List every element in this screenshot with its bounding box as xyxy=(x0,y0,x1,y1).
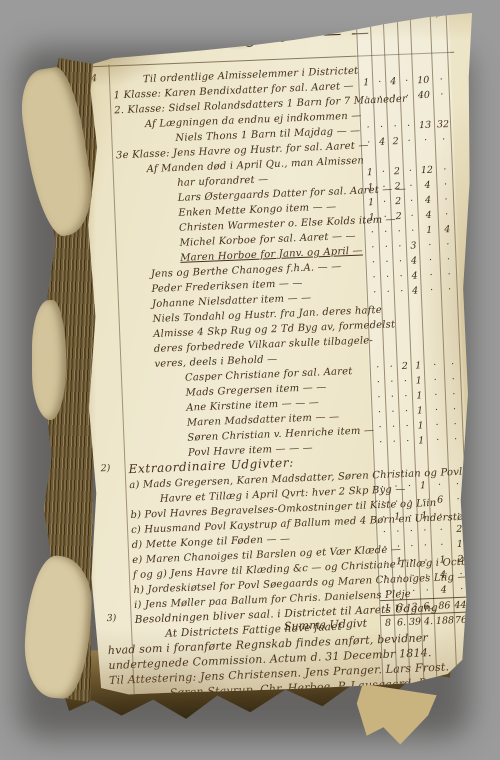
amount-cell: 6. xyxy=(421,598,435,614)
amount-cell: · xyxy=(404,178,418,194)
photo-background: Udgivt — — — Rug Byg Penge TdSkTdSkRdß xyxy=(0,0,500,760)
amount-cell xyxy=(444,349,460,350)
amount-cell: 1 xyxy=(363,165,378,181)
amount-cell: · xyxy=(379,224,393,240)
amount-cell: 1 xyxy=(413,388,427,404)
amount-cell: · xyxy=(366,255,381,271)
amount-cell xyxy=(362,157,376,158)
amount-cell: 4 xyxy=(418,192,439,208)
amount-cell: · xyxy=(430,507,451,523)
amount-cell: 12 xyxy=(417,162,438,178)
amount-cell: · xyxy=(402,479,417,495)
amount-cell: · xyxy=(390,494,404,510)
amount-cell: · xyxy=(432,537,453,553)
ledger-page: Udgivt — — — Rug Byg Penge TdSkTdSkRdß xyxy=(68,6,472,712)
amount-cell: 4. xyxy=(422,613,436,629)
amount-cell xyxy=(424,350,444,351)
amount-cell: · xyxy=(366,240,381,256)
amount-cell: 1 xyxy=(412,373,426,389)
amount-cell: 6. xyxy=(394,600,408,616)
amount-cell xyxy=(416,471,429,472)
subunit-label: Sk xyxy=(371,12,384,21)
amount-cell xyxy=(376,157,389,158)
amount-cell: 4 xyxy=(375,134,389,150)
amount-cell: · xyxy=(440,252,457,268)
amount-cell: 1 xyxy=(417,508,431,524)
amount-cell xyxy=(415,110,435,111)
amount-cell: · xyxy=(378,194,392,210)
amount-cell xyxy=(411,336,424,337)
amount-cell: · xyxy=(392,224,407,240)
amount-cell xyxy=(409,306,422,307)
amount-cell: · xyxy=(437,162,454,178)
amount-cell: · xyxy=(399,404,414,420)
amount-cell: · xyxy=(404,163,418,179)
page-content: Udgivt — — — Rug Byg Penge TdSkTdSkRdß xyxy=(81,23,478,713)
amount-cell xyxy=(423,320,443,321)
amount-cell: · xyxy=(447,432,464,448)
amount-cell: 3 xyxy=(407,599,422,615)
amount-cell xyxy=(413,65,433,66)
amount-cell xyxy=(375,472,389,473)
amount-cell xyxy=(361,112,375,113)
amount-cell: · xyxy=(387,419,401,435)
amount-cell: · xyxy=(447,417,464,433)
amount-cell: · xyxy=(365,225,380,241)
amount-cell: · xyxy=(405,193,419,209)
amount-cell xyxy=(388,111,402,112)
amount-cell: · xyxy=(381,284,395,300)
amount-cell: · xyxy=(419,553,433,569)
amount-cell: 4 xyxy=(408,283,422,299)
amount-cell: 4 xyxy=(386,74,401,90)
amount-cell: · xyxy=(441,267,458,283)
amount-cell: · xyxy=(437,177,454,193)
amount-cell: · xyxy=(406,223,420,239)
amount-cell xyxy=(410,321,423,322)
amount-cell: 4 xyxy=(418,207,439,223)
amount-cell: · xyxy=(404,524,419,540)
amount-cell: · xyxy=(406,568,421,584)
amount-cell: · xyxy=(431,522,452,538)
amount-cell: 1 xyxy=(364,210,379,226)
amount-cell: · xyxy=(381,269,395,285)
amount-cell: 1 xyxy=(419,222,440,238)
amount-cell xyxy=(386,66,400,67)
amount-cell: · xyxy=(405,553,420,569)
amount-cell: · xyxy=(380,239,394,255)
column-header-penge: Penge xyxy=(410,0,446,10)
amount-cell: · xyxy=(444,357,461,373)
amount-cell: 6 xyxy=(430,492,451,508)
amount-cell: · xyxy=(373,74,387,90)
amount-cell: · xyxy=(384,359,398,375)
amount-cell xyxy=(375,112,388,113)
amount-cell: · xyxy=(393,569,407,585)
amount-cell: · xyxy=(403,509,418,525)
amount-cell: · xyxy=(424,357,445,373)
amount-cell xyxy=(448,454,464,455)
amount-cell: · xyxy=(371,375,386,391)
page-title: Udgivt — — — xyxy=(214,22,371,49)
amount-cell xyxy=(384,337,397,338)
amount-cell: · xyxy=(406,583,421,599)
amount-cell: 40 xyxy=(414,88,435,104)
amount-cell: 1 xyxy=(364,195,379,211)
amount-cell: · xyxy=(372,405,387,421)
amount-cell: · xyxy=(367,270,382,286)
amount-cell: · xyxy=(434,87,451,103)
amount-cell xyxy=(424,335,444,336)
amount-cell: · xyxy=(438,192,455,208)
amount-cell xyxy=(373,67,386,68)
amount-cell: · xyxy=(376,510,391,526)
amount-cell: · xyxy=(427,417,448,433)
amount-cell xyxy=(388,457,401,458)
amount-cell xyxy=(403,156,416,157)
amount-cell: 1 xyxy=(390,509,404,525)
amount-cell: · xyxy=(446,402,463,418)
amount-cell xyxy=(397,351,411,352)
amount-cell: · xyxy=(400,419,415,435)
amount-cell: · xyxy=(420,252,441,268)
amount-cell: · xyxy=(379,570,394,586)
amount-cell xyxy=(374,457,388,458)
amount-cell: · xyxy=(378,540,393,556)
amount-cell: · xyxy=(438,207,455,223)
amount-cell xyxy=(383,322,396,323)
amount-cell: 2 xyxy=(390,179,405,195)
amount-cell: · xyxy=(394,284,409,300)
amount-cell: · xyxy=(389,479,403,495)
amount-cell: 1 xyxy=(363,180,378,196)
amount-cell xyxy=(444,334,460,335)
amount-cell xyxy=(369,322,383,323)
amount-cell: · xyxy=(380,585,395,601)
amount-cell: · xyxy=(429,477,450,493)
amount-cell: · xyxy=(376,495,391,511)
amount-cell: 39 xyxy=(408,614,423,630)
amount-cell: · xyxy=(426,402,447,418)
amount-cell xyxy=(411,351,424,352)
subunit-label: Td xyxy=(384,12,398,21)
amount-cell xyxy=(436,154,452,155)
amount-cell: · xyxy=(377,179,391,195)
amount-cell: · xyxy=(402,133,416,149)
amount-cell xyxy=(402,111,415,112)
amount-cell: · xyxy=(419,538,433,554)
amount-cell: · xyxy=(421,282,442,298)
amount-cell: 2 xyxy=(388,134,403,150)
amount-cell: · xyxy=(417,493,431,509)
amount-cell: · xyxy=(427,432,448,448)
amount-cell: · xyxy=(441,282,458,298)
amount-cell: 1 xyxy=(380,600,395,616)
subunit-label: ß xyxy=(430,10,446,19)
amount-cell: · xyxy=(370,360,385,376)
amount-cell: 2 xyxy=(397,359,412,375)
amount-cell: · xyxy=(394,269,409,285)
amount-cell: 4 xyxy=(439,222,456,238)
amount-cell: · xyxy=(375,480,390,496)
amount-cell xyxy=(382,307,395,308)
amount-cell: · xyxy=(377,164,391,180)
amount-cell: · xyxy=(402,118,416,134)
amount-cell: · xyxy=(374,89,388,105)
amount-cell xyxy=(416,155,436,156)
amount-cell: · xyxy=(387,434,401,450)
amount-cell: 4 xyxy=(417,177,438,193)
subunit-label: Td xyxy=(357,13,371,22)
amount-cell xyxy=(434,109,450,110)
amount-cell: 1 xyxy=(414,418,428,434)
amount-cell: 4 xyxy=(433,567,454,583)
amount-cell: · xyxy=(373,435,388,451)
amount-cell: · xyxy=(425,372,446,388)
amount-cell: · xyxy=(391,524,405,540)
amount-cell: · xyxy=(400,73,414,89)
amount-cell xyxy=(400,66,413,67)
amount-cell xyxy=(368,307,382,308)
amount-cell: · xyxy=(373,420,388,436)
column-subunit-headers: TdSkTdSkRdß xyxy=(357,10,447,22)
amount-cell: · xyxy=(420,237,441,253)
amount-cell: · xyxy=(418,523,432,539)
amount-cell xyxy=(442,304,458,305)
amount-cell: 86 xyxy=(434,598,455,614)
amount-cell xyxy=(384,352,397,353)
amount-cell xyxy=(429,470,449,471)
amount-cell: 2 xyxy=(391,209,406,225)
amount-cell: · xyxy=(445,372,462,388)
amount-cell: · xyxy=(387,89,402,105)
amount-cell: · xyxy=(405,539,420,555)
amount-cell xyxy=(443,319,459,320)
amount-cell: · xyxy=(372,390,387,406)
amount-cell: 1 xyxy=(432,552,453,568)
amount-cell: · xyxy=(386,404,400,420)
amount-cell: · xyxy=(385,374,399,390)
amount-cell xyxy=(397,336,411,337)
amount-cell: · xyxy=(386,389,400,405)
amount-cell: · xyxy=(415,133,436,149)
amount-cell: · xyxy=(426,387,447,403)
amount-cell xyxy=(433,64,449,65)
amount-cell xyxy=(370,337,384,338)
amount-cell xyxy=(389,156,403,157)
amount-cell: 1 xyxy=(359,75,374,91)
torn-flap-middle-left xyxy=(32,300,66,420)
amount-cell: 1 xyxy=(411,358,425,374)
amount-cell xyxy=(449,469,465,470)
amount-cell: · xyxy=(378,555,393,571)
amount-cell: · xyxy=(420,583,434,599)
amount-cell: · xyxy=(403,494,418,510)
amount-cell: 10 xyxy=(413,73,434,89)
amount-cell: · xyxy=(392,539,406,555)
amount-cell: · xyxy=(398,374,413,390)
amount-cell: · xyxy=(433,72,450,88)
amount-cell xyxy=(401,456,415,457)
amount-cell: · xyxy=(393,254,408,270)
amount-cell: 8 xyxy=(381,615,396,631)
amount-cell: · xyxy=(360,90,375,106)
amount-cell: · xyxy=(420,568,434,584)
amount-cell xyxy=(428,455,448,456)
amount-cell: · xyxy=(393,239,408,255)
amount-cell xyxy=(389,472,402,473)
amount-cell: 32 xyxy=(435,117,452,133)
amount-cell xyxy=(395,306,409,307)
margin-number: 2) xyxy=(100,461,110,476)
amount-cell: 1 xyxy=(413,403,427,419)
amount-cell xyxy=(359,67,373,68)
amount-cell: 4 xyxy=(433,582,454,598)
amount-cell: · xyxy=(399,389,414,405)
amount-cell: 4 xyxy=(408,268,422,284)
amount-cell: · xyxy=(405,208,419,224)
amount-cell: · xyxy=(367,285,382,301)
amount-cell: · xyxy=(446,387,463,403)
amount-cell: · xyxy=(378,209,392,225)
amount-cell: · xyxy=(375,119,389,135)
amount-cell: 2 xyxy=(390,164,405,180)
amount-cell: · xyxy=(440,237,457,253)
subunit-label: Sk xyxy=(398,11,411,20)
amount-cell: · xyxy=(400,434,415,450)
margin-number: 3) xyxy=(106,611,116,626)
amount-cell: 4 xyxy=(407,253,421,269)
column-group-headers: Rug Byg Penge TdSkTdSkRdß xyxy=(450,0,451,23)
subunit-label: Rd xyxy=(411,11,431,20)
amount-cell xyxy=(396,321,410,322)
amount-cell: · xyxy=(361,135,376,151)
amount-cell: 1 xyxy=(414,433,428,449)
amount-cell: · xyxy=(380,254,394,270)
amount-cell: · xyxy=(377,525,392,541)
amount-cell: · xyxy=(361,120,376,136)
amount-cell: · xyxy=(421,267,442,283)
amount-cell: 3 xyxy=(407,238,421,254)
ledger-rows: 14Til ordentlige Almisselemmer i Distric… xyxy=(83,57,478,701)
column-header-byg: Byg xyxy=(383,0,410,11)
amount-cell xyxy=(422,305,442,306)
amount-cell xyxy=(415,456,428,457)
amount-cell: 1 xyxy=(392,554,406,570)
amount-cell xyxy=(402,471,416,472)
amount-cell: · xyxy=(388,119,403,135)
column-header-rug: Rug xyxy=(356,2,383,13)
amount-cell: · xyxy=(393,584,407,600)
amount-cell: · xyxy=(435,132,452,148)
amount-cell: 6. xyxy=(395,615,409,631)
amount-cell: 13 xyxy=(415,118,436,134)
amount-cell xyxy=(370,352,384,353)
amount-cell: · xyxy=(401,88,415,104)
amount-cell: 2 xyxy=(391,194,406,210)
amount-cell: 1 xyxy=(416,478,430,494)
amount-cell: 188 xyxy=(435,613,456,629)
